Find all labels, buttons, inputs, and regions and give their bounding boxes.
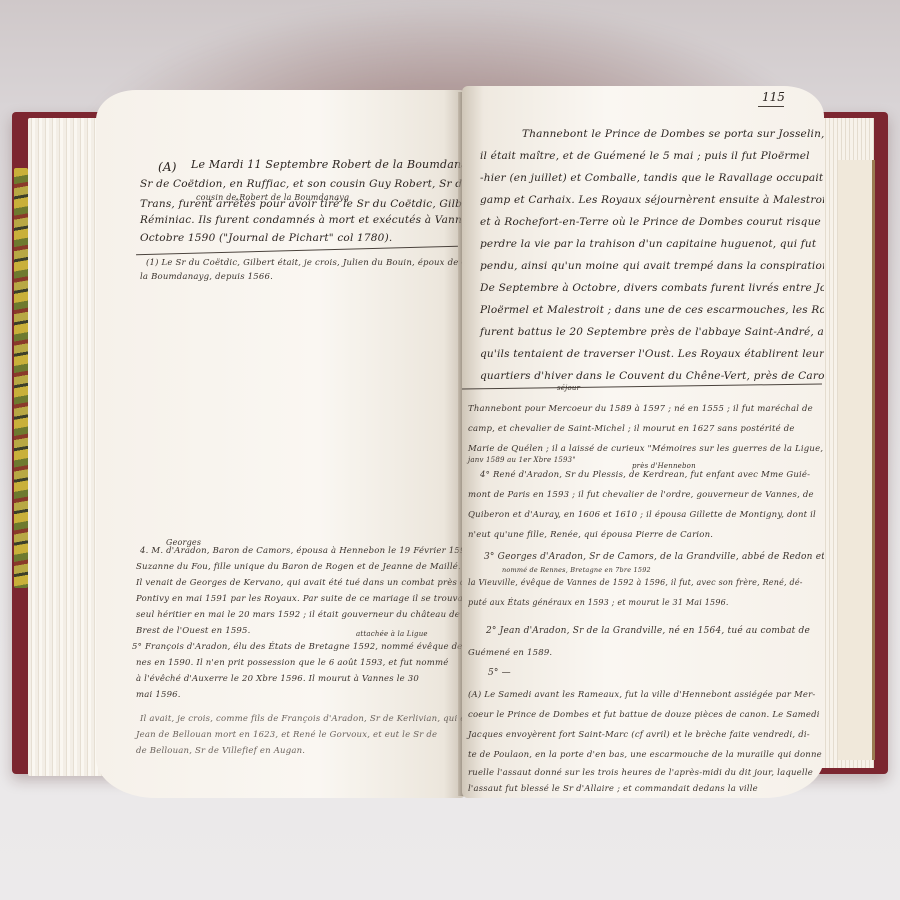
- footnote-line-2: la Boumdanayg, depuis 1566.: [140, 272, 273, 282]
- closing-note-line-2: Jean de Bellouan mort en 1623, et René l…: [136, 730, 437, 740]
- lower-line-13: Guémené en 1589.: [468, 648, 552, 658]
- lower-entry-line-1: 4. M. d'Aradon, Baron de Camors, épousa …: [140, 546, 466, 556]
- entry-a-line-1: Le Mardi 11 Septembre Robert de la Boumd…: [191, 158, 466, 171]
- upper-line-5: et à Rochefort-en-Terre où le Prince de …: [480, 216, 824, 228]
- bottom-line-6: l'assaut fut blessé le Sr d'Allaire ; et…: [468, 784, 758, 794]
- interlinear-rennes: nommé de Rennes, Bretagne en 7bre 1592: [502, 566, 651, 574]
- divider-rule: [462, 383, 822, 389]
- lower-line-11: puté aux États généraux en 1593 ; et mou…: [468, 598, 729, 607]
- lower-line-6: mont de Paris en 1593 ; il fut chevalier…: [468, 490, 814, 500]
- bottom-line-1: (A) Le Samedi avant les Rameaux, fut la …: [468, 690, 815, 700]
- entry-a-line-2: Sr de Coëtdion, en Ruffiac, et son cousi…: [140, 178, 466, 190]
- closing-note-line-3: de Bellouan, Sr de Villefief en Augan.: [136, 746, 305, 756]
- lower-entry-line-4: Pontivy en mai 1591 par les Royaux. Par …: [136, 594, 466, 604]
- lower-line-14: 5° —: [488, 668, 511, 678]
- upper-line-6: perdre la vie par la trahison d'un capit…: [480, 238, 816, 250]
- page-number-underline: [758, 106, 784, 107]
- lower-line-10: la Vieuville, évêque de Vannes de 1592 à…: [468, 578, 803, 587]
- fifth-entry-line-1: 5° François d'Aradon, élu des États de B…: [132, 642, 466, 652]
- lower-entry-line-6: Brest de l'Ouest en 1595.: [136, 626, 251, 636]
- bottom-line-5: ruelle l'assaut donné sur les trois heur…: [468, 768, 813, 778]
- lower-line-4: janv 1589 au 1er Xbre 1593": [468, 456, 576, 464]
- footnote-line-1: (1) Le Sr du Coëtdic, Gilbert était, je …: [146, 258, 466, 268]
- lower-line-7: Quiberon et d'Auray, en 1606 et 1610 ; i…: [468, 510, 816, 520]
- upper-line-4: gamp et Carhaix. Les Royaux séjournèrent…: [480, 194, 824, 206]
- marbled-endpaper-left: [14, 168, 28, 588]
- upper-line-1: Thannebont le Prince de Dombes se porta …: [522, 128, 824, 140]
- upper-line-8: De Septembre à Octobre, divers combats f…: [480, 282, 824, 294]
- bottom-line-4: te de Poulaon, en la porte d'en bas, une…: [468, 750, 824, 760]
- lower-line-12: 2° Jean d'Aradon, Sr de la Grandville, n…: [486, 626, 810, 636]
- interlinear-hennebon: près d'Hennebon: [632, 462, 696, 470]
- upper-line-7: pendu, ainsi qu'un moine qui avait tremp…: [480, 260, 824, 272]
- upper-line-2: il était maître, et de Guémené le 5 mai …: [480, 150, 810, 162]
- lower-entry-line-5: seul héritier en mai le 20 mars 1592 ; i…: [136, 610, 460, 620]
- lower-entry-line-2: Suzanne du Fou, fille unique du Baron de…: [136, 562, 461, 572]
- lower-line-9: 3° Georges d'Aradon, Sr de Camors, de la…: [484, 552, 824, 562]
- page-number: 115: [762, 90, 785, 104]
- fifth-entry-line-3: à l'évêché d'Auxerre le 20 Xbre 1596. Il…: [136, 674, 419, 684]
- inserted-handwritten-leaf: [838, 160, 875, 760]
- upper-line-10: furent battus le 20 Septembre près de l'…: [480, 326, 824, 338]
- divider-rule: [136, 246, 458, 255]
- upper-line-9: Ploërmel et Malestroit ; dans une de ces…: [480, 304, 824, 316]
- upper-line-11: qu'ils tentaient de traverser l'Oust. Le…: [480, 348, 824, 360]
- lower-line-8: n'eut qu'une fille, Renée, qui épousa Pi…: [468, 530, 713, 540]
- fifth-entry-line-4: mai 1596.: [136, 690, 181, 700]
- lower-entry-line-3: Il venait de Georges de Kervano, qui ava…: [136, 578, 466, 588]
- fifth-entry-line-2: nes en 1590. Il n'en prit possession que…: [136, 658, 448, 668]
- entry-a-line-5: Octobre 1590 ("Journal de Pichart" col 1…: [140, 232, 392, 244]
- interlinear-sejour: séjour: [557, 384, 580, 392]
- closing-note-line-1: Il avait, je crois, comme fils de Franço…: [140, 714, 466, 724]
- lower-line-3: Marie de Quélen ; il a laissé de curieux…: [468, 444, 824, 454]
- bottom-line-2: coeur le Prince de Dombes et fut battue …: [468, 710, 820, 720]
- upper-line-12: quartiers d'hiver dans le Couvent du Chê…: [480, 370, 824, 382]
- upper-line-3: -hier (en juillet) et Comballe, tandis q…: [480, 172, 824, 184]
- right-page: 115 Thannebont le Prince de Dombes se po…: [462, 86, 824, 798]
- entry-a-line-3: Trans, furent arrêtés pour avoir tiré le…: [140, 198, 466, 210]
- interlinear-note-ligue: attachée à la Ligue: [356, 630, 428, 638]
- entry-marker: (A): [158, 160, 177, 174]
- bottom-line-3: Jacques envoyèrent fort Saint-Marc (cf a…: [468, 730, 810, 740]
- lower-line-2: camp, et chevalier de Saint-Michel ; il …: [468, 424, 795, 434]
- lower-line-1: Thannebont pour Mercoeur du 1589 à 1597 …: [468, 404, 813, 414]
- lower-line-5: 4° René d'Aradon, Sr du Plessis, de Kerd…: [480, 470, 810, 480]
- entry-a-line-4: Réminiac. Ils furent condamnés à mort et…: [140, 214, 466, 226]
- left-page: (A) Le Mardi 11 Septembre Robert de la B…: [96, 90, 466, 798]
